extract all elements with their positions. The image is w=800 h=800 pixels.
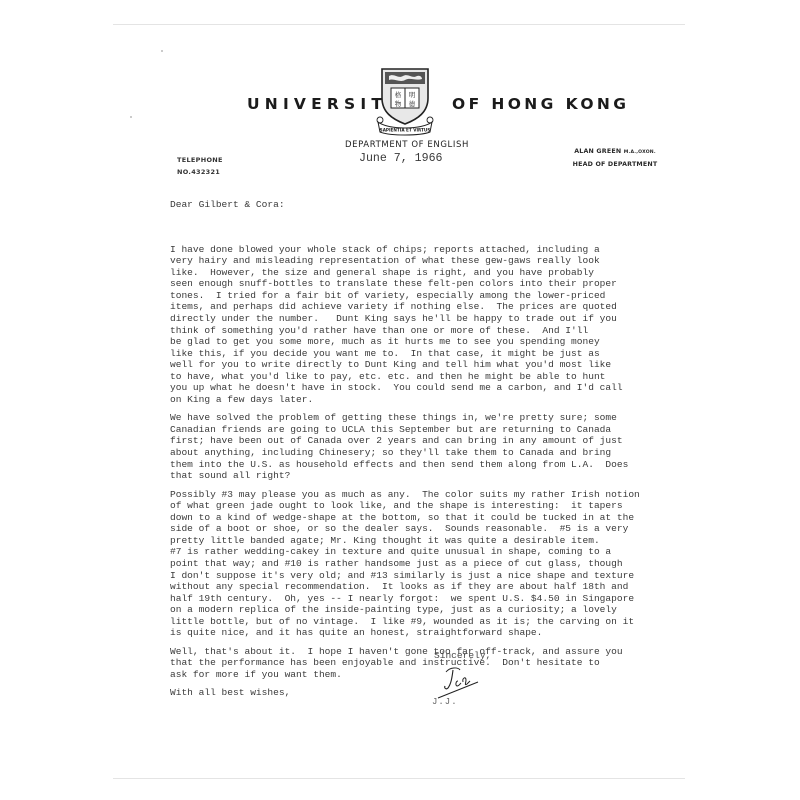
letter-line: With all best wishes, <box>170 687 640 699</box>
letter-line: very hairy and misleading representation… <box>170 255 640 267</box>
letter-line: point that way; and #10 is rather handso… <box>170 558 640 570</box>
letter-body: Dear Gilbert & Cora: I have done blowed … <box>170 176 640 718</box>
letter-line: first; have been out of Canada over 2 ye… <box>170 435 640 447</box>
typed-initials: J.J. <box>432 697 458 707</box>
page-top-edge <box>113 24 685 25</box>
head-degree: M.A.,OXON. <box>624 150 656 155</box>
department-name: DEPARTMENT OF ENGLISH <box>0 140 800 150</box>
institution-name-right: OF HONG KONG <box>452 95 629 113</box>
page-bottom-edge <box>113 778 685 779</box>
letter-line: down to a kind of wedge-shape at the bot… <box>170 512 640 524</box>
head-of-department-block: ALAN GREEN M.A.,OXON. HEAD OF DEPARTMENT <box>555 146 675 171</box>
letter-line: about anything, including Chinesery; so … <box>170 447 640 459</box>
letter-line: I don't suppose it's very old; and #13 s… <box>170 570 640 582</box>
letter-line: tones. I tried for a fair bit of variety… <box>170 290 640 302</box>
letter-line: that sound all right? <box>170 470 640 482</box>
letter-line: without any special recommendation. It l… <box>170 581 640 593</box>
head-name: ALAN GREEN <box>574 148 621 155</box>
letter-line: half 19th century. Oh, yes -- I nearly f… <box>170 593 640 605</box>
letter-line: be glad to get you some more, much as it… <box>170 336 640 348</box>
svg-text:明: 明 <box>409 90 416 99</box>
letter-line: seen enough snuff-bottles to translate t… <box>170 278 640 290</box>
letter-paragraph: We have solved the problem of getting th… <box>170 412 640 481</box>
letter-line: is quite nice, and it has quite an hones… <box>170 627 640 639</box>
letter-line: like this, if you decide you want me to.… <box>170 348 640 360</box>
letter-paragraphs: I have done blowed your whole stack of c… <box>170 244 640 699</box>
svg-text:格: 格 <box>395 90 402 99</box>
head-title: HEAD OF DEPARTMENT <box>555 159 675 171</box>
letter-line: #7 is rather wedding-cakey in texture an… <box>170 546 640 558</box>
letter-line: Well, that's about it. I hope I haven't … <box>170 646 640 658</box>
telephone-label: TELEPHONE <box>177 154 223 166</box>
letter-paragraph: Possibly #3 may please you as much as an… <box>170 489 640 639</box>
letter-line: I have done blowed your whole stack of c… <box>170 244 640 256</box>
svg-text:物: 物 <box>395 99 402 108</box>
letter-line: Canadian friends are going to UCLA this … <box>170 424 640 436</box>
letter-paragraph: I have done blowed your whole stack of c… <box>170 244 640 406</box>
letter-line: Possibly #3 may please you as much as an… <box>170 489 640 501</box>
letter-line: to have, what you'd like to pay, etc. et… <box>170 371 640 383</box>
letter-line: directly under the number. Dunt King say… <box>170 313 640 325</box>
letter-paragraph: With all best wishes, <box>170 687 640 699</box>
letter-line: on King a few days later. <box>170 394 640 406</box>
svg-text:德: 德 <box>409 99 416 108</box>
paper-speck <box>130 116 132 118</box>
letter-line: them into the U.S. as household effects … <box>170 459 640 471</box>
letter-line: pretty little banded agate; Mr. King tho… <box>170 535 640 547</box>
telephone-block: TELEPHONE NO.432321 <box>177 154 223 178</box>
svg-text:SAPIENTIA ET VIRTUS: SAPIENTIA ET VIRTUS <box>380 128 431 133</box>
letter-line: side of a boot or shoe, or so the dealer… <box>170 523 640 535</box>
letter-line: think of something you'd rather have tha… <box>170 325 640 337</box>
letter-line: like. However, the size and general shap… <box>170 267 640 279</box>
letter-line: little bottle, but of no vintage. I like… <box>170 616 640 628</box>
letter-line: on a modern replica of the inside-painti… <box>170 604 640 616</box>
letter-line: We have solved the problem of getting th… <box>170 412 640 424</box>
letter-paragraph: Well, that's about it. I hope I haven't … <box>170 646 640 681</box>
letter-line: you up what he doesn't have in stock. Yo… <box>170 382 640 394</box>
closing: Sincerely, <box>434 650 491 661</box>
letter-line: ask for more if you want them. <box>170 669 640 681</box>
letter-line: that the performance has been enjoyable … <box>170 657 640 669</box>
letter-line: items, and perhaps did achieve variety i… <box>170 301 640 313</box>
paper-speck <box>161 50 163 52</box>
salutation: Dear Gilbert & Cora: <box>170 199 640 211</box>
letter-date: June 7, 1966 <box>359 152 443 165</box>
letter-line: well for you to write directly to Dunt K… <box>170 359 640 371</box>
letter-line: of what green jade ought to look like, a… <box>170 500 640 512</box>
university-crest-icon: 格 明 物 德 SAPIENTIA ET VIRTUS <box>376 66 434 136</box>
